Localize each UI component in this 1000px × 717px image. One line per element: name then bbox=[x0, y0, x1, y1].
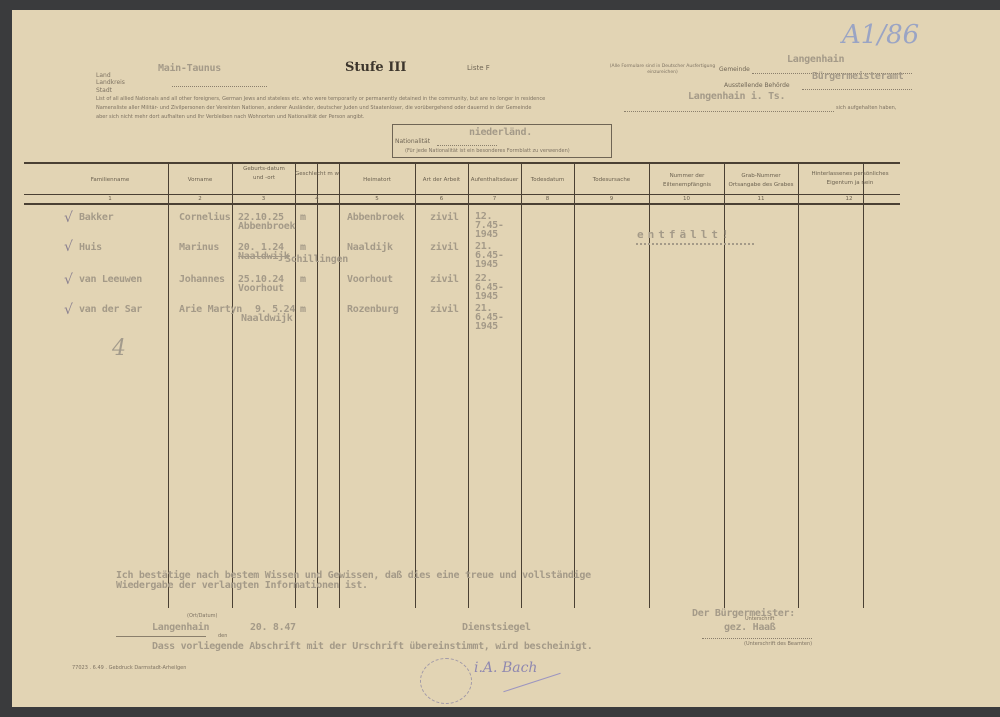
sex: m bbox=[300, 274, 306, 285]
col-divider bbox=[415, 162, 416, 608]
stay: 21. 6.45-1945 bbox=[475, 304, 519, 331]
col-num: 5 bbox=[339, 196, 415, 202]
ort-line bbox=[624, 111, 834, 112]
col-num: 11 bbox=[724, 196, 798, 202]
work: zivil bbox=[430, 274, 459, 285]
intro-line-2: Namensliste aller Militär- und Zivilpers… bbox=[96, 105, 531, 111]
col-num: 10 bbox=[649, 196, 724, 202]
birth-place: Abbenbroek bbox=[238, 221, 295, 232]
certification-line-2: Wiedergabe der verlangten Informationen … bbox=[116, 580, 368, 591]
entfaellt-underline bbox=[636, 243, 754, 245]
surname: Bakker bbox=[79, 212, 113, 223]
attestation-text: Dass vorliegende Abschrift mit der Ursch… bbox=[152, 641, 592, 652]
col-header-todesdatum: Todesdatum bbox=[521, 176, 574, 185]
surname: van der Sar bbox=[79, 304, 142, 315]
col-divider bbox=[339, 162, 340, 608]
signer-line bbox=[702, 638, 812, 639]
sex: m bbox=[300, 304, 306, 315]
printer-imprint: 77023 . 6.49 . Gebdruck Darmstadt-Arheil… bbox=[72, 665, 186, 671]
nationality-label: Nationalität bbox=[395, 138, 430, 145]
birth-place: Naaldwijk bbox=[241, 313, 293, 324]
table-header-rule bbox=[24, 194, 900, 195]
col-divider bbox=[798, 162, 799, 608]
col-num: 8 bbox=[521, 196, 574, 202]
liste-label: Liste F bbox=[467, 64, 490, 72]
col-header-familienname: Familienname bbox=[52, 176, 168, 185]
firstname: Cornelius bbox=[179, 212, 231, 223]
table-number-rule bbox=[24, 203, 900, 205]
col-header-grab: Grab-Nummer Ortsangabe des Grabes bbox=[726, 172, 796, 190]
col-divider bbox=[168, 162, 169, 608]
col-header-geschlecht: Geschlecht m w bbox=[295, 170, 339, 179]
col-num: 7 bbox=[468, 196, 521, 202]
home: Rozenburg bbox=[347, 304, 399, 315]
sex: m bbox=[300, 212, 306, 223]
form-note: (Alle Formulare sind in Deutscher Ausfer… bbox=[605, 64, 720, 76]
stufe-title: Stufe III bbox=[345, 60, 406, 75]
gemeinde-label: Gemeinde bbox=[719, 66, 750, 73]
stay: 21. 6.45-1945 bbox=[475, 242, 519, 269]
intro-line-3: aber sich nicht mehr dort aufhalten und … bbox=[96, 114, 365, 120]
col-header-todesursache: Todesursache bbox=[574, 176, 649, 185]
check-mark: √ bbox=[64, 302, 73, 318]
land-label: Land bbox=[96, 72, 111, 79]
col-divider bbox=[468, 162, 469, 608]
work: zivil bbox=[430, 304, 459, 315]
check-mark: √ bbox=[64, 239, 73, 255]
col-divider bbox=[521, 162, 522, 608]
col-divider bbox=[317, 162, 318, 608]
surname: Huis bbox=[79, 242, 102, 253]
work: zivil bbox=[430, 212, 459, 223]
behoerde-label: Ausstellende Behörde bbox=[724, 82, 790, 89]
col-header-heimatort: Heimatort bbox=[339, 176, 415, 185]
behoerde-value: Bürgermeisteramt bbox=[812, 71, 904, 82]
firstname: Arie Martyn bbox=[179, 304, 242, 315]
landkreis-value: Main-Taunus bbox=[158, 63, 221, 74]
home: Voorhout bbox=[347, 274, 393, 285]
document-page: A1/86 Land Landkreis Stadt Main-Taunus S… bbox=[12, 10, 1000, 707]
intro-line-1: List of all allied Nationals and all oth… bbox=[96, 96, 545, 102]
dienstsiegel-label: Dienstsiegel bbox=[462, 622, 531, 633]
home: Abbenbroek bbox=[347, 212, 404, 223]
check-mark: √ bbox=[64, 210, 73, 226]
date-value: 20. 8.47 bbox=[250, 622, 296, 633]
landkreis-label: Landkreis bbox=[96, 79, 125, 86]
ort-datum-label: (Ort/Datum) bbox=[187, 613, 217, 619]
nationality-value: niederländ. bbox=[469, 127, 532, 138]
col-header-geburt: Geburts-datum und -ort bbox=[240, 165, 288, 183]
official-stamp bbox=[420, 658, 472, 704]
firstname: Marinus bbox=[179, 242, 219, 253]
col-header-aufenthaltsdauer: Aufenthaltsdauer bbox=[468, 176, 521, 185]
col-num: 12 bbox=[798, 196, 900, 202]
col-num: 2 bbox=[168, 196, 232, 202]
stay: 12. 7.45-1945 bbox=[475, 212, 519, 239]
col-num: 6 bbox=[415, 196, 468, 202]
col-num: 1 bbox=[52, 196, 168, 202]
signature: i.A. Bach bbox=[474, 660, 537, 676]
stay: 22. 6.45-1945 bbox=[475, 274, 519, 301]
den-label: den bbox=[218, 633, 227, 639]
birth-place: Voorhout bbox=[238, 283, 284, 294]
col-header-art-der-arbeit: Art der Arbeit bbox=[415, 176, 468, 185]
nationality-note: (Für jede Nationalität ist ein besondere… bbox=[405, 148, 570, 154]
archive-number: A1/86 bbox=[842, 20, 919, 50]
entfaellt-note: entfällt! bbox=[637, 228, 733, 241]
table-top-rule bbox=[24, 162, 900, 164]
col-divider bbox=[863, 162, 864, 608]
nationality-line bbox=[437, 145, 497, 146]
firstname: Johannes bbox=[179, 274, 225, 285]
check-mark: √ bbox=[64, 272, 73, 288]
col-num: 9 bbox=[574, 196, 649, 202]
landkreis-line bbox=[172, 86, 267, 87]
place-value: Langenhain bbox=[152, 622, 209, 633]
col-num: 4 bbox=[295, 196, 339, 202]
signer-caption: (Unterschrift des Beamten) bbox=[744, 641, 812, 647]
sex: m bbox=[300, 242, 306, 253]
birth-place-overtyped: Schillingen bbox=[285, 254, 348, 265]
col-header-nummer: Nummer der Eiltenempfängnis bbox=[652, 172, 722, 190]
home: Naaldijk bbox=[347, 242, 393, 253]
col-num: 3 bbox=[232, 196, 295, 202]
col-divider bbox=[574, 162, 575, 608]
signer-title: Der Bürgermeister: bbox=[692, 608, 795, 619]
surname: van Leeuwen bbox=[79, 274, 142, 285]
ort-value: Langenhain i. Ts. bbox=[688, 91, 785, 102]
work: zivil bbox=[430, 242, 459, 253]
stadt-label: Stadt bbox=[96, 87, 112, 94]
nationality-box: niederländ. Nationalität (Für jede Natio… bbox=[392, 124, 612, 158]
birth-place: Naaldwijk bbox=[238, 251, 290, 262]
behoerde-line bbox=[802, 89, 912, 90]
col-divider bbox=[232, 162, 233, 608]
col-header-eigentum: Hinterlassenes persönliches Eigentum ja … bbox=[800, 170, 900, 188]
place-line bbox=[116, 636, 206, 637]
intro-line-2-end: sich aufgehalten haben, bbox=[836, 105, 896, 111]
gemeinde-value: Langenhain bbox=[787, 54, 844, 65]
handwritten-count: 4 bbox=[112, 336, 126, 361]
col-header-vorname: Vorname bbox=[168, 176, 232, 185]
signer-name: gez. Haaß bbox=[724, 622, 776, 633]
